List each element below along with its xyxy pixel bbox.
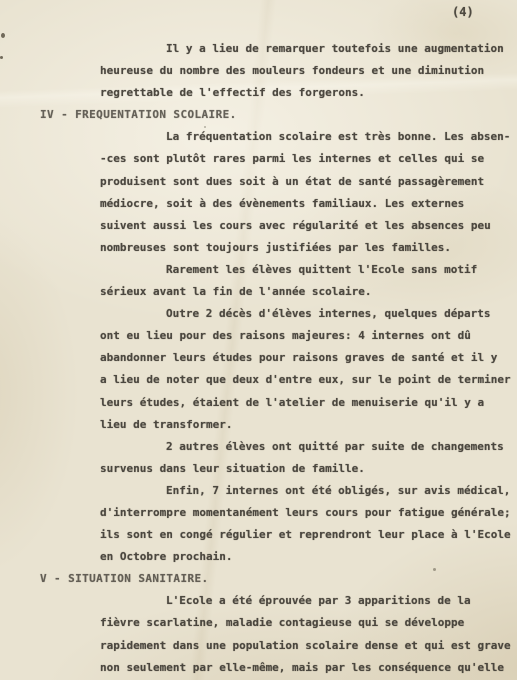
typed-line: nombreuses sont toujours justifiées par … xyxy=(100,237,517,259)
typed-line: lieu de transformer. xyxy=(100,414,517,436)
typed-text-block: Il y a lieu de remarquer toutefois une a… xyxy=(0,38,517,679)
typed-line: non seulement par elle-même, mais par le… xyxy=(100,657,517,679)
typed-line: Enfin, 7 internes ont été obligés, sur a… xyxy=(166,480,517,502)
typed-line: rapidement dans une population scolaire … xyxy=(100,635,517,657)
typed-line: regrettable de l'effectif des forgerons. xyxy=(100,82,517,104)
typed-line: suivent aussi les cours avec régularité … xyxy=(100,215,517,237)
typed-line: Il y a lieu de remarquer toutefois une a… xyxy=(166,38,517,60)
typed-line: leurs études, étaient de l'atelier de me… xyxy=(100,392,517,414)
typed-line: fièvre scarlatine, maladie contagieuse q… xyxy=(100,612,517,634)
typed-line: ont eu lieu pour des raisons majeures: 4… xyxy=(100,325,517,347)
typed-line: sérieux avant la fin de l'année scolaire… xyxy=(100,281,517,303)
typed-line: L'Ecole a été éprouvée par 3 apparitions… xyxy=(166,590,517,612)
typed-line: -ces sont plutôt rares parmi les interne… xyxy=(100,148,517,170)
document-sheet: (4) Il y a lieu de remarquer toutefois u… xyxy=(0,0,517,680)
typed-line: produisent sont dues soit à un état de s… xyxy=(100,171,517,193)
typed-line: a lieu de noter que deux d'entre eux, su… xyxy=(100,369,517,391)
page-number: (4) xyxy=(452,5,474,19)
typed-line: Outre 2 décès d'élèves internes, quelque… xyxy=(166,303,517,325)
section-heading: IV - FREQUENTATION SCOLAIRE. xyxy=(40,104,517,126)
typed-line: survenus dans leur situation de famille. xyxy=(100,458,517,480)
typed-line: abandonner leurs études pour raisons gra… xyxy=(100,347,517,369)
typed-line: en Octobre prochain. xyxy=(100,546,517,568)
section-heading: V - SITUATION SANITAIRE. xyxy=(40,568,517,590)
typed-line: ils sont en congé régulier et reprendron… xyxy=(100,524,517,546)
typed-line: Rarement les élèves quittent l'Ecole san… xyxy=(166,259,517,281)
typed-line: heureuse du nombre des mouleurs fondeurs… xyxy=(100,60,517,82)
typed-line: 2 autres élèves ont quitté par suite de … xyxy=(166,436,517,458)
typed-line: d'interrompre momentanément leurs cours … xyxy=(100,502,517,524)
typed-line: médiocre, soit à des évènements familiau… xyxy=(100,193,517,215)
typed-line: La fréquentation scolaire est très bonne… xyxy=(166,126,517,148)
